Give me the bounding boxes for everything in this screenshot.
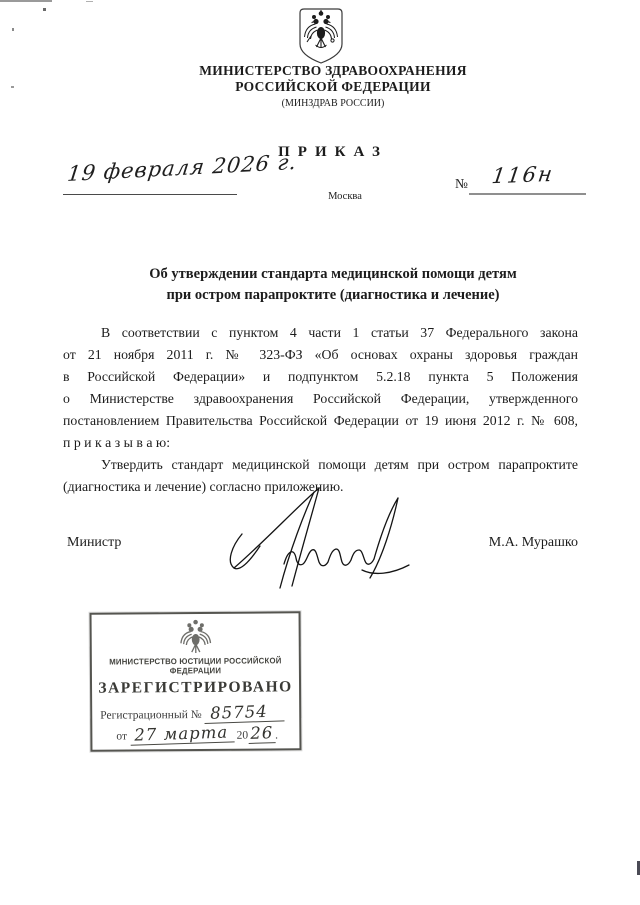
number-underline: [469, 193, 586, 195]
number-sign: №: [455, 176, 468, 192]
org-name-line2: РОССИЙСКОЙ ФЕДЕРАЦИИ: [63, 79, 603, 95]
order-number-handwritten: 116н: [490, 162, 555, 188]
order-title-line1: Об утверждении стандарта медицинской пом…: [63, 264, 603, 285]
date-underline: [63, 194, 237, 195]
minister-signature-icon: [222, 486, 412, 598]
letterhead: МИНИСТЕРСТВО ЗДРАВООХРАНЕНИЯ РОССИЙСКОЙ …: [63, 63, 603, 110]
stamp-year-handwritten: 26: [248, 723, 276, 744]
body-line: постановлением Правительства Российской …: [63, 410, 578, 432]
russian-coat-of-arms-icon: [299, 8, 343, 64]
scanned-order-page: МИНИСТЕРСТВО ЗДРАВООХРАНЕНИЯ РОССИЙСКОЙ …: [0, 0, 640, 905]
order-body: В соответствии с пунктом 4 части 1 стать…: [63, 322, 578, 498]
stamp-authority: МИНИСТЕРСТВО ЮСТИЦИИ РОССИЙСКОЙ ФЕДЕРАЦИ…: [92, 656, 299, 676]
order-title: Об утверждении стандарта медицинской пом…: [63, 264, 603, 306]
body-line: в Российской Федерации» и подпунктом 5.2…: [63, 366, 578, 388]
scan-artifact: [12, 28, 14, 31]
stamp-status: ЗАРЕГИСТРИРОВАНО: [92, 678, 299, 697]
scan-artifact: [11, 86, 14, 88]
scan-artifact: [86, 1, 93, 2]
body-line: п р и к а з ы в а ю:: [63, 432, 578, 454]
body-line: о Министерстве здравоохранения Российско…: [63, 388, 578, 410]
scan-artifact: [0, 0, 52, 2]
stamp-date-prefix: от: [116, 730, 127, 742]
reg-number-label: Регистрационный №: [100, 709, 202, 722]
body-line: Утвердить стандарт медицинской помощи де…: [63, 454, 578, 476]
scan-artifact: [43, 8, 46, 11]
stamp-date-handwritten: 27 марта: [130, 722, 234, 745]
reg-number-handwritten: 85754: [204, 701, 284, 724]
city-label: Москва: [300, 191, 390, 202]
registration-stamp: МИНИСТЕРСТВО ЮСТИЦИИ РОССИЙСКОЙ ФЕДЕРАЦИ…: [90, 611, 302, 751]
order-title-line2: при остром парапроктите (диагностика и л…: [63, 285, 603, 306]
stamp-registration-row: Регистрационный № 85754: [92, 702, 299, 723]
org-short-name: (МИНЗДРАВ РОССИИ): [63, 97, 603, 110]
body-line: В соответствии с пунктом 4 части 1 стать…: [63, 322, 578, 344]
stamp-date-row: от 27 марта 2026.: [92, 723, 299, 744]
body-line: от 21 ноября 2011 г. № 323-ФЗ «Об основа…: [63, 344, 578, 366]
ministry-of-justice-eagle-icon: [177, 619, 213, 653]
org-name-line1: МИНИСТЕРСТВО ЗДРАВООХРАНЕНИЯ: [63, 63, 603, 79]
stamp-year-printed: 20: [237, 730, 249, 742]
